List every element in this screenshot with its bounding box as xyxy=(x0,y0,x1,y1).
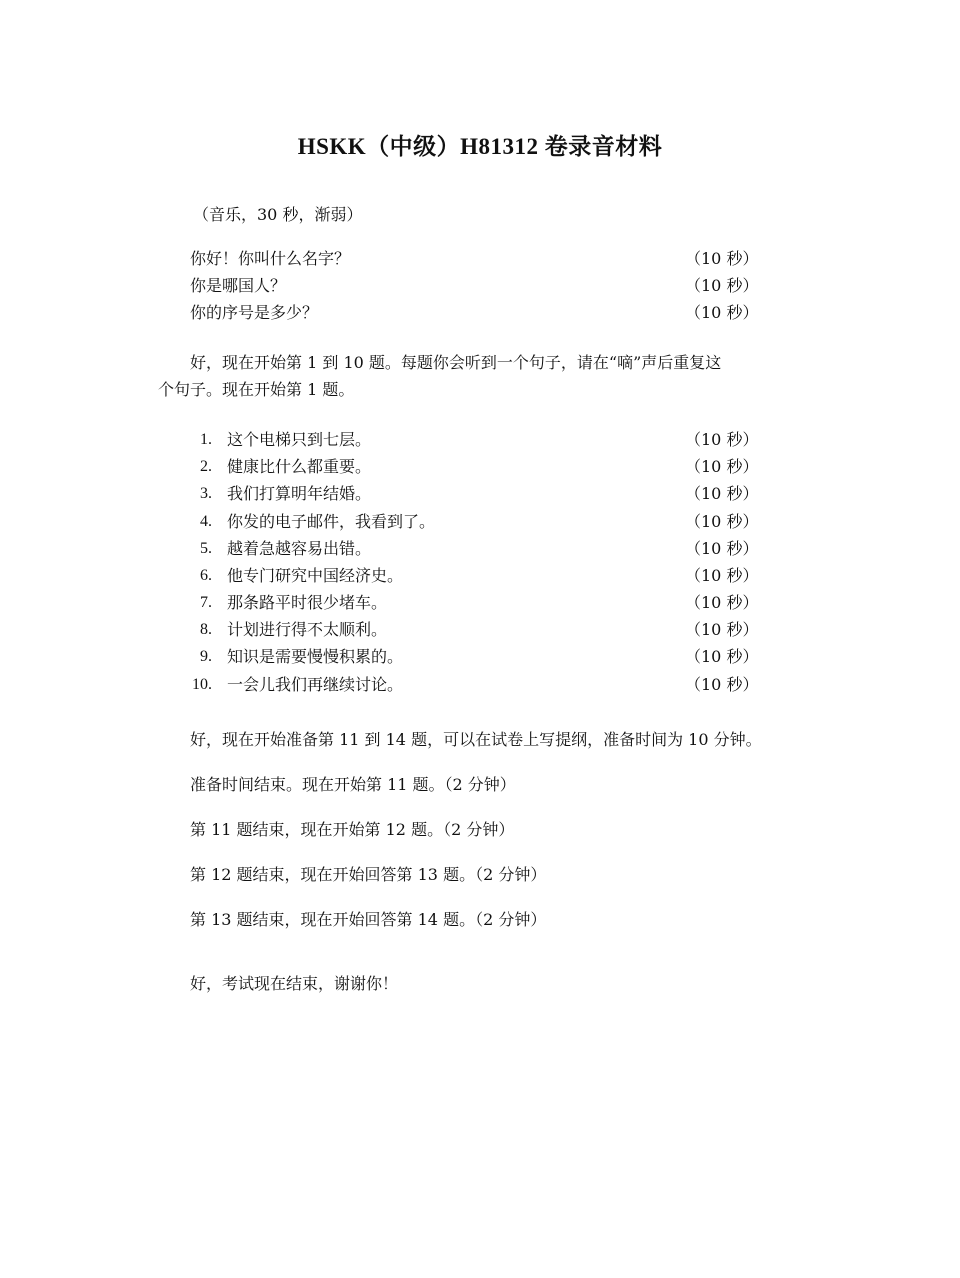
part2-step: 第 13 题结束，现在开始回答第 14 题。（2 分钟） xyxy=(190,909,546,931)
opening-question-time: （10 秒） xyxy=(685,248,758,270)
item-sentence: 那条路平时很少堵车。 xyxy=(227,592,387,614)
opening-question-time: （10 秒） xyxy=(685,302,758,324)
item-time: （10 秒） xyxy=(685,674,758,696)
item-time: （10 秒） xyxy=(685,592,758,614)
item-time: （10 秒） xyxy=(685,456,758,478)
part2-step: 第 11 题结束，现在开始第 12 题。（2 分钟） xyxy=(190,819,514,841)
item-time: （10 秒） xyxy=(685,565,758,587)
part2-instruction: 好，现在开始准备第 11 到 14 题，可以在试卷上写提纲，准备时间为 10 分… xyxy=(190,729,762,751)
item-sentence: 知识是需要慢慢积累的。 xyxy=(227,646,403,668)
item-time: （10 秒） xyxy=(685,538,758,560)
item-sentence: 我们打算明年结婚。 xyxy=(227,483,371,505)
item-time: （10 秒） xyxy=(685,646,758,668)
item-time: （10 秒） xyxy=(685,511,758,533)
item-number: 1. xyxy=(184,429,212,451)
item-number: 3. xyxy=(184,483,212,505)
part1-instruction-line1: 好，现在开始第 1 到 10 题。每题你会听到一个句子，请在“嘀”声后重复这 xyxy=(190,352,721,374)
opening-question-text: 你是哪国人？ xyxy=(190,275,286,297)
document-page: HSKK（中级）H81312 卷录音材料 （音乐，30 秒，渐弱） 你好！你叫什… xyxy=(0,0,960,1278)
item-time: （10 秒） xyxy=(685,619,758,641)
part1-instruction-line2: 个句子。现在开始第 1 题。 xyxy=(158,379,354,401)
intro-music-note: （音乐，30 秒，渐弱） xyxy=(193,204,362,226)
part2-step: 第 12 题结束，现在开始回答第 13 题。（2 分钟） xyxy=(190,864,546,886)
opening-question-text: 你的序号是多少？ xyxy=(190,302,318,324)
item-time: （10 秒） xyxy=(685,429,758,451)
item-sentence: 他专门研究中国经济史。 xyxy=(227,565,403,587)
item-number: 9. xyxy=(184,646,212,668)
item-time: （10 秒） xyxy=(685,483,758,505)
opening-question-text: 你好！你叫什么名字？ xyxy=(190,248,350,270)
item-number: 10. xyxy=(184,674,212,696)
item-sentence: 越着急越容易出错。 xyxy=(227,538,371,560)
item-sentence: 健康比什么都重要。 xyxy=(227,456,371,478)
document-title: HSKK（中级）H81312 卷录音材料 xyxy=(0,128,960,161)
item-number: 7. xyxy=(184,592,212,614)
item-sentence: 你发的电子邮件，我看到了。 xyxy=(227,511,435,533)
item-sentence: 计划进行得不太顺利。 xyxy=(227,619,387,641)
closing-statement: 好，考试现在结束，谢谢你！ xyxy=(190,973,398,995)
part2-step: 准备时间结束。现在开始第 11 题。（2 分钟） xyxy=(190,774,516,796)
item-number: 5. xyxy=(184,538,212,560)
item-sentence: 一会儿我们再继续讨论。 xyxy=(227,674,403,696)
item-number: 4. xyxy=(184,511,212,533)
opening-question-time: （10 秒） xyxy=(685,275,758,297)
item-sentence: 这个电梯只到七层。 xyxy=(227,429,371,451)
item-number: 8. xyxy=(184,619,212,641)
item-number: 2. xyxy=(184,456,212,478)
item-number: 6. xyxy=(184,565,212,587)
